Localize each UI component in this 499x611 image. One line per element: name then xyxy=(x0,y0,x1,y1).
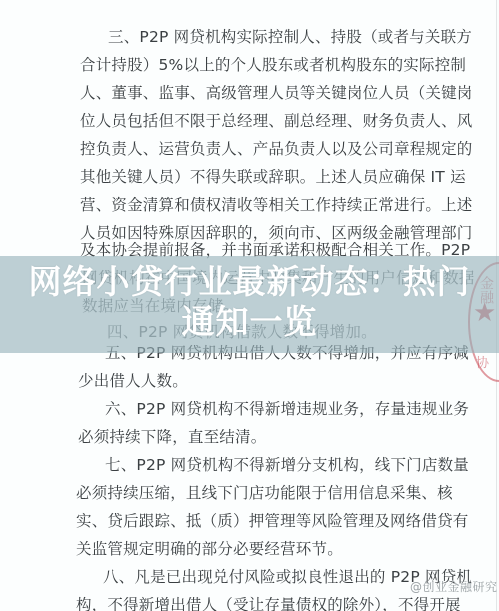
document-line: 位人员包括但不限于总经理、副总经理、财务负责人、风 xyxy=(80,111,473,131)
article-title-line-2: 通知一览 xyxy=(0,302,499,342)
article-title-line-1: 网络小贷行业最新动态：热门 xyxy=(0,262,499,302)
source-watermark: @创业金融研究 xyxy=(410,578,498,595)
document-line: 必须持续压缩，且线下门店功能限于信用信息采集、核 xyxy=(76,483,453,503)
document-line: 七、P2P 网贷机构不得新增分支机构，线下门店数量 xyxy=(105,455,469,475)
document-line: 实、贷后跟踪、抵（质）押管理等风险管理及网络借贷有 xyxy=(76,511,469,531)
document-line: 人、董事、监事、高级管理人员等关键岗位人员（关键岗 xyxy=(80,83,473,103)
document-line: 六、P2P 网贷机构不得新增违规业务，存量违规业务 xyxy=(105,399,469,419)
document-line: 营、资金清算和债权清收等相关工作持续正常进行。上述 xyxy=(80,195,473,215)
document-line: 合计持股）5%以上的个人股东或者机构股东的实际控制 xyxy=(80,55,466,75)
document-line: 关监管规定明确的部分必要经营环节。 xyxy=(76,539,343,559)
document-line: 少出借人人数。 xyxy=(78,371,188,391)
document-line: 必须持续下降，直至结清。 xyxy=(78,427,266,447)
document-line: 控负责人、运营负责人、产品负责人以及公司章程规定的 xyxy=(80,139,473,159)
article-title: 网络小贷行业最新动态：热门 通知一览 xyxy=(0,262,499,342)
document-line: 构，不得新增出借人（受让存量债权的除外），不得开展 xyxy=(76,595,461,611)
document-line: 其他关键人员）不得失联或辞职。上述人员应确保 IT 运 xyxy=(80,167,466,187)
document-line: 三、P2P 网贷机构实际控制人、持股（或者与关联方 xyxy=(108,27,472,47)
official-seal-text-bottom: 协 xyxy=(476,352,489,371)
